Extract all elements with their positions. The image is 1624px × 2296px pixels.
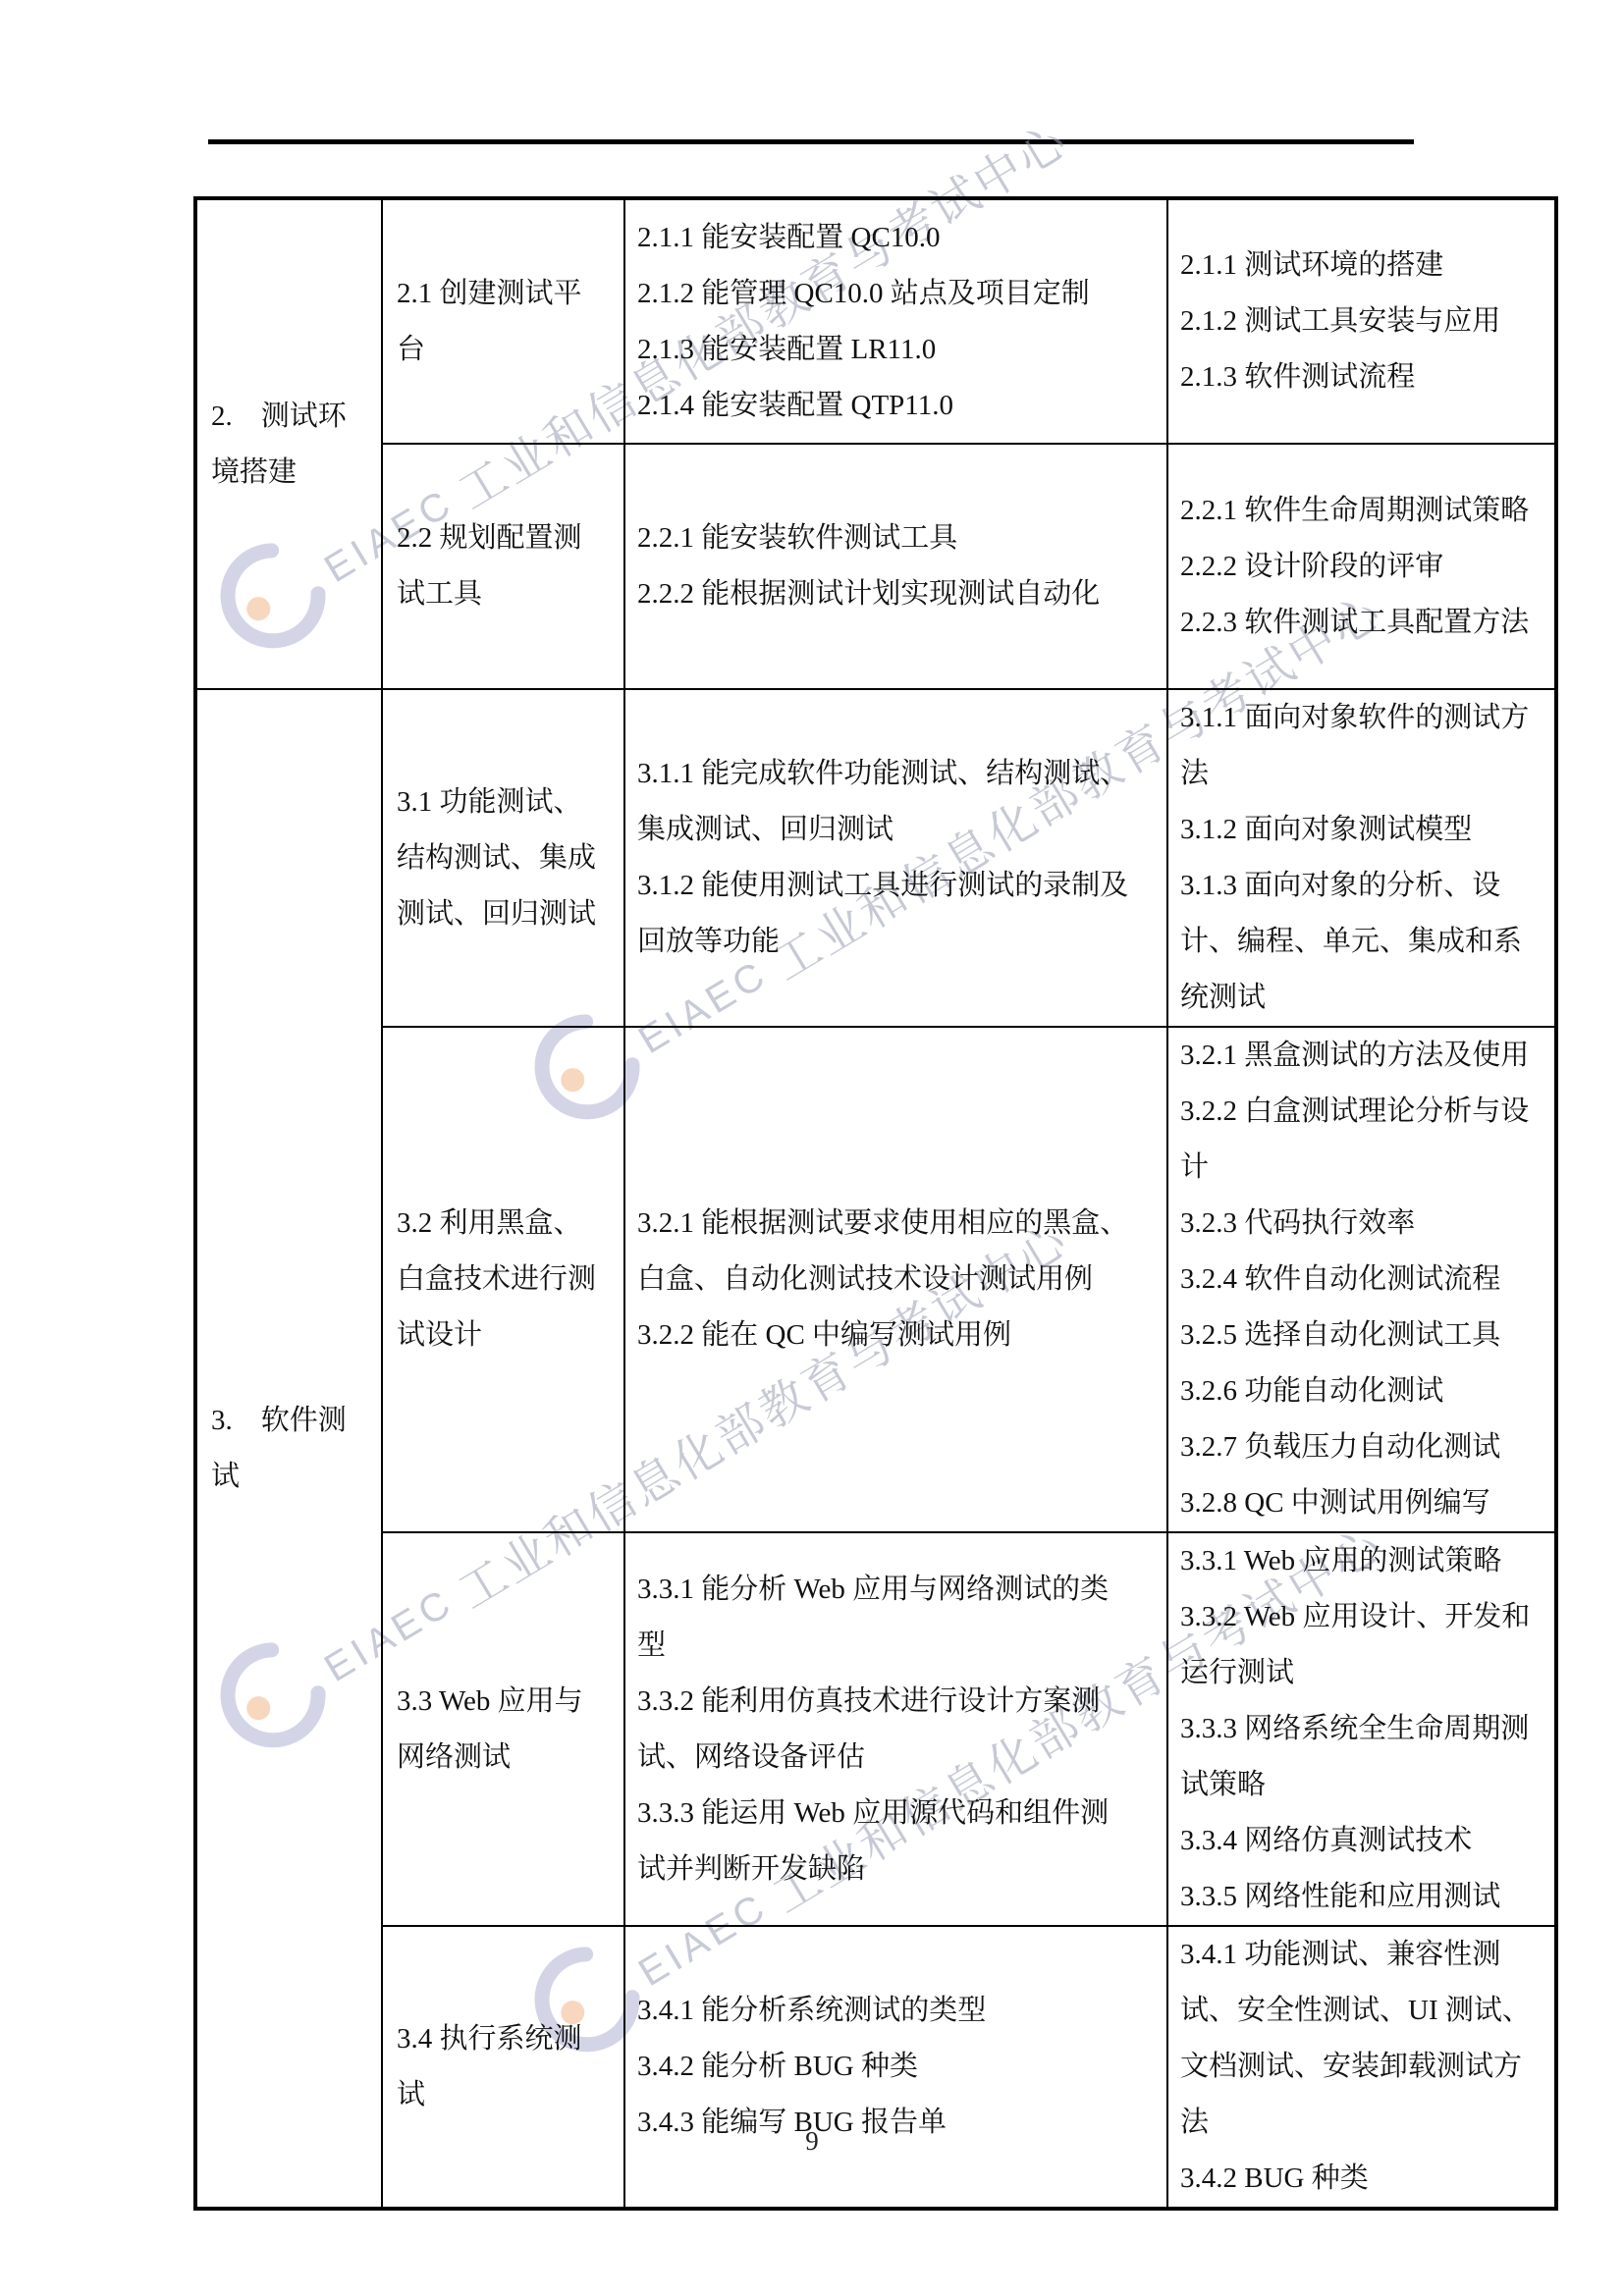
- knowledge-cell: 3.2.1 黑盒测试的方法及使用3.2.2 白盒测试理论分析与设计3.2.3 代…: [1167, 1027, 1556, 1532]
- skill-cell: 3.1 功能测试、结构测试、集成测试、回归测试: [382, 689, 624, 1027]
- criteria-item: 3.3.3 能运用 Web 应用源代码和组件测试并判断开发缺陷: [637, 1786, 1133, 1897]
- page-number: 9: [0, 2126, 1624, 2157]
- knowledge-item: 3.3.1 Web 应用的测试策略: [1180, 1533, 1546, 1589]
- knowledge-cell: 3.3.1 Web 应用的测试策略3.3.2 Web 应用设计、开发和运行测试3…: [1167, 1532, 1556, 1926]
- skill-cell: 2.2 规划配置测试工具: [382, 444, 624, 689]
- knowledge-cell: 3.1.1 面向对象软件的测试方法3.1.2 面向对象测试模型3.1.3 面向对…: [1167, 689, 1556, 1027]
- criteria-item: 3.1.1 能完成软件功能测试、结构测试、集成测试、回归测试: [637, 746, 1133, 858]
- knowledge-item: 2.1.1 测试环境的搭建: [1180, 238, 1546, 294]
- knowledge-item: 3.3.4 网络仿真测试技术: [1180, 1813, 1546, 1869]
- knowledge-item: 3.3.2 Web 应用设计、开发和运行测试: [1180, 1589, 1546, 1701]
- knowledge-item: 3.1.1 面向对象软件的测试方法: [1180, 690, 1546, 802]
- criteria-cell: 3.2.1 能根据测试要求使用相应的黑盒、白盒、自动化测试技术设计测试用例3.2…: [624, 1027, 1167, 1532]
- knowledge-item: 3.1.2 面向对象测试模型: [1180, 802, 1546, 858]
- criteria-item: 3.2.2 能在 QC 中编写测试用例: [637, 1308, 1133, 1363]
- knowledge-item: 3.2.6 功能自动化测试: [1180, 1363, 1546, 1419]
- table-row: 3.2 利用黑盒、白盒技术进行测试设计3.2.1 能根据测试要求使用相应的黑盒、…: [195, 1027, 1556, 1532]
- table-row: 2.2 规划配置测试工具2.2.1 能安装软件测试工具2.2.2 能根据测试计划…: [195, 444, 1556, 689]
- criteria-item: 2.1.1 能安装配置 QC10.0: [637, 210, 1133, 266]
- header-rule: [208, 139, 1414, 144]
- category-cell: 2. 测试环境搭建: [195, 198, 382, 689]
- skills-table: 2. 测试环境搭建2.1 创建测试平台2.1.1 能安装配置 QC10.02.1…: [193, 196, 1558, 2211]
- table-row: 3. 软件测试3.1 功能测试、结构测试、集成测试、回归测试3.1.1 能完成软…: [195, 689, 1556, 1027]
- criteria-cell: 3.3.1 能分析 Web 应用与网络测试的类型3.3.2 能利用仿真技术进行设…: [624, 1532, 1167, 1926]
- criteria-item: 3.2.1 能根据测试要求使用相应的黑盒、白盒、自动化测试技术设计测试用例: [637, 1196, 1133, 1308]
- criteria-item: 3.4.1 能分析系统测试的类型: [637, 1983, 1133, 2039]
- knowledge-item: 3.4.2 BUG 种类: [1180, 2151, 1546, 2207]
- knowledge-item: 3.3.5 网络性能和应用测试: [1180, 1869, 1546, 1925]
- knowledge-item: 2.1.3 软件测试流程: [1180, 349, 1546, 405]
- knowledge-item: 3.2.3 代码执行效率: [1180, 1196, 1546, 1252]
- knowledge-item: 2.1.2 测试工具安装与应用: [1180, 294, 1546, 349]
- knowledge-item: 3.1.3 面向对象的分析、设计、编程、单元、集成和系统测试: [1180, 858, 1546, 1026]
- table-row: 3.4 执行系统测试3.4.1 能分析系统测试的类型3.4.2 能分析 BUG …: [195, 1926, 1556, 2209]
- criteria-cell: 3.4.1 能分析系统测试的类型3.4.2 能分析 BUG 种类3.4.3 能编…: [624, 1926, 1167, 2209]
- knowledge-item: 3.2.1 黑盒测试的方法及使用: [1180, 1028, 1546, 1084]
- knowledge-cell: 2.2.1 软件生命周期测试策略2.2.2 设计阶段的评审2.2.3 软件测试工…: [1167, 444, 1556, 689]
- criteria-item: 2.2.1 能安装软件测试工具: [637, 510, 1133, 566]
- table-row: 3.3 Web 应用与网络测试3.3.1 能分析 Web 应用与网络测试的类型3…: [195, 1532, 1556, 1926]
- criteria-item: 3.3.1 能分析 Web 应用与网络测试的类型: [637, 1562, 1133, 1674]
- knowledge-item: 3.4.1 功能测试、兼容性测试、安全性测试、UI 测试、文档测试、安装卸载测试…: [1180, 1927, 1546, 2151]
- knowledge-item: 3.2.7 负载压力自动化测试: [1180, 1419, 1546, 1475]
- criteria-cell: 2.2.1 能安装软件测试工具2.2.2 能根据测试计划实现测试自动化: [624, 444, 1167, 689]
- knowledge-item: 3.2.2 白盒测试理论分析与设计: [1180, 1084, 1546, 1196]
- knowledge-item: 3.2.4 软件自动化测试流程: [1180, 1252, 1546, 1308]
- criteria-item: 2.1.2 能管理 QC10.0 站点及项目定制: [637, 266, 1133, 322]
- criteria-item: 3.3.2 能利用仿真技术进行设计方案测试、网络设备评估: [637, 1674, 1133, 1786]
- criteria-item: 3.4.2 能分析 BUG 种类: [637, 2039, 1133, 2095]
- skill-cell: 3.2 利用黑盒、白盒技术进行测试设计: [382, 1027, 624, 1532]
- knowledge-item: 3.2.8 QC 中测试用例编写: [1180, 1475, 1546, 1531]
- criteria-item: 2.1.3 能安装配置 LR11.0: [637, 322, 1133, 378]
- skill-cell: 2.1 创建测试平台: [382, 198, 624, 444]
- document-page: EIAEC 工业和信息化部教育与考试中心 EIAEC 工业和信息化部教育与考试中…: [0, 0, 1624, 2296]
- criteria-cell: 2.1.1 能安装配置 QC10.02.1.2 能管理 QC10.0 站点及项目…: [624, 198, 1167, 444]
- knowledge-item: 2.2.3 软件测试工具配置方法: [1180, 595, 1546, 651]
- category-cell: 3. 软件测试: [195, 689, 382, 2209]
- criteria-item: 2.2.2 能根据测试计划实现测试自动化: [637, 566, 1133, 622]
- knowledge-cell: 3.4.1 功能测试、兼容性测试、安全性测试、UI 测试、文档测试、安装卸载测试…: [1167, 1926, 1556, 2209]
- knowledge-item: 2.2.2 设计阶段的评审: [1180, 539, 1546, 595]
- criteria-cell: 3.1.1 能完成软件功能测试、结构测试、集成测试、回归测试3.1.2 能使用测…: [624, 689, 1167, 1027]
- knowledge-item: 3.3.3 网络系统全生命周期测试策略: [1180, 1701, 1546, 1813]
- skill-cell: 3.3 Web 应用与网络测试: [382, 1532, 624, 1926]
- knowledge-item: 3.2.5 选择自动化测试工具: [1180, 1308, 1546, 1363]
- knowledge-cell: 2.1.1 测试环境的搭建2.1.2 测试工具安装与应用2.1.3 软件测试流程: [1167, 198, 1556, 444]
- table-row: 2. 测试环境搭建2.1 创建测试平台2.1.1 能安装配置 QC10.02.1…: [195, 198, 1556, 444]
- criteria-item: 2.1.4 能安装配置 QTP11.0: [637, 378, 1133, 434]
- skill-cell: 3.4 执行系统测试: [382, 1926, 624, 2209]
- criteria-item: 3.1.2 能使用测试工具进行测试的录制及回放等功能: [637, 858, 1133, 970]
- knowledge-item: 2.2.1 软件生命周期测试策略: [1180, 483, 1546, 539]
